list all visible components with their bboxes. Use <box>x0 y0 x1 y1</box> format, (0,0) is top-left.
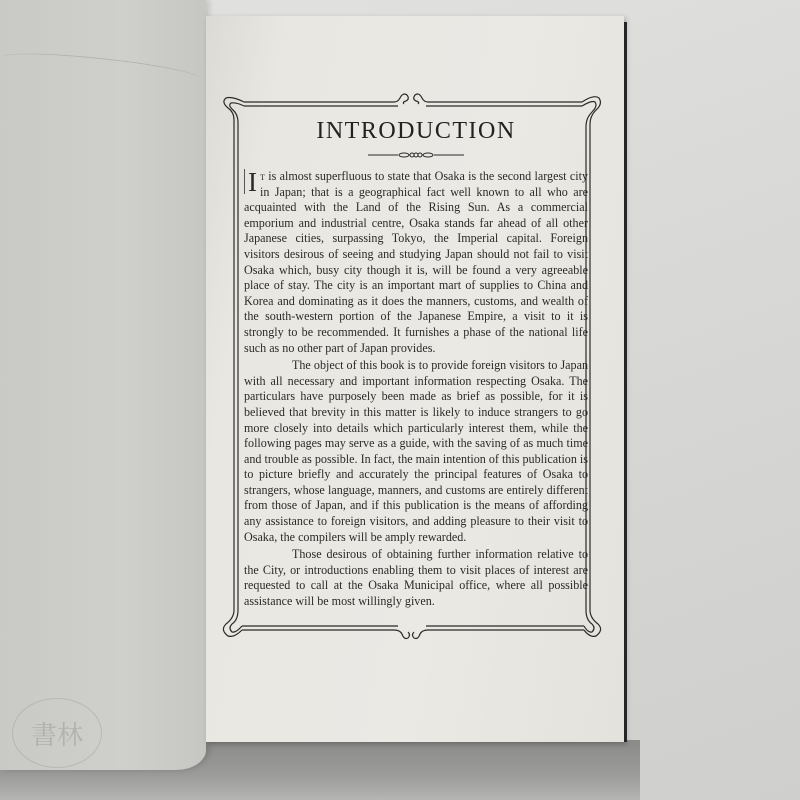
left-page: 書林 <box>0 0 206 770</box>
page-crease <box>0 48 201 100</box>
stamp-glyph: 書林 <box>31 715 83 752</box>
title-ornament-icon <box>368 151 464 159</box>
introduction-text: It is almost superfluous to state that O… <box>244 169 588 610</box>
page-content: INTRODUCTION It is almost superfluous to… <box>244 118 588 610</box>
paragraph-2: The object of this book is to provide fo… <box>244 358 588 545</box>
paragraph-1-text: is almost superfluous to state that Osak… <box>244 169 588 355</box>
drop-cap: I <box>244 169 257 194</box>
paragraph-1: It is almost superfluous to state that O… <box>244 169 588 356</box>
watermark-stamp-icon: 書林 <box>12 698 102 768</box>
page-title: INTRODUCTION <box>244 118 588 145</box>
paragraph-3: Those desirous of obtaining further info… <box>244 547 588 609</box>
